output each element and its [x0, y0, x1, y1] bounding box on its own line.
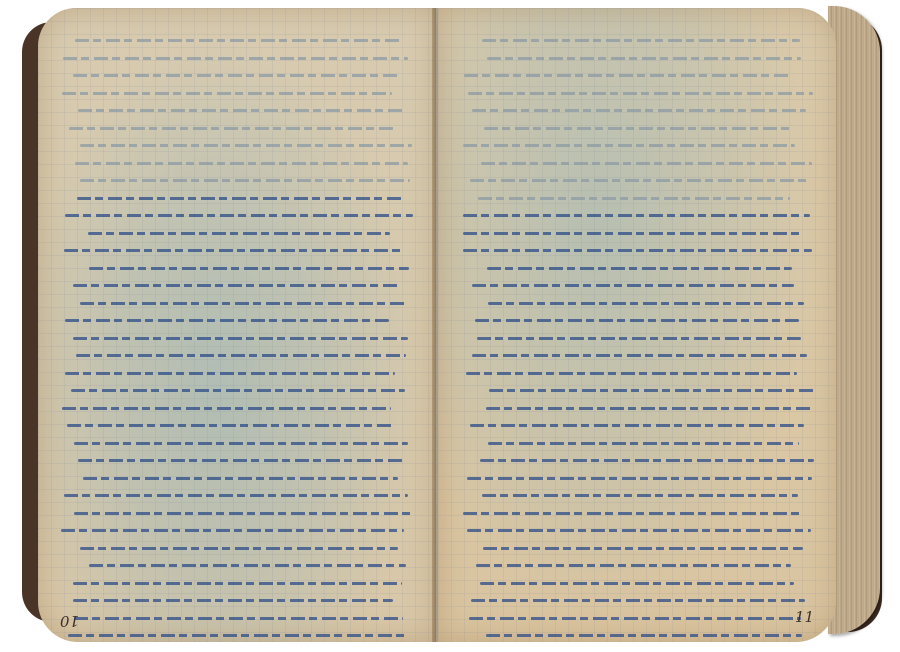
handwritten-line	[460, 260, 814, 278]
handwritten-line	[60, 400, 414, 418]
handwritten-line	[60, 85, 414, 103]
handwritten-line	[460, 505, 814, 523]
handwritten-line	[60, 522, 414, 540]
handwritten-line	[460, 540, 814, 558]
handwritten-line	[460, 470, 814, 488]
handwritten-line	[460, 155, 814, 173]
handwritten-line	[60, 225, 414, 243]
handwritten-line	[460, 330, 814, 348]
handwritten-line	[60, 330, 414, 348]
handwritten-line	[60, 382, 414, 400]
handwritten-line	[60, 295, 414, 313]
handwritten-line	[60, 312, 414, 330]
handwritten-line	[460, 575, 814, 593]
handwritten-line	[460, 452, 814, 470]
handwritten-text-block	[460, 32, 814, 642]
handwritten-line	[460, 120, 814, 138]
handwritten-line	[460, 295, 814, 313]
handwritten-line	[460, 67, 814, 85]
page-number-left: 10	[60, 612, 79, 630]
handwritten-line	[60, 575, 414, 593]
right-page: 11	[438, 8, 836, 642]
handwritten-line	[460, 487, 814, 505]
handwritten-line	[60, 610, 414, 628]
handwritten-line	[60, 627, 414, 642]
handwritten-line	[60, 190, 414, 208]
handwritten-line	[460, 522, 814, 540]
handwritten-line	[60, 365, 414, 383]
handwritten-line	[460, 365, 814, 383]
handwritten-line	[460, 172, 814, 190]
handwritten-line	[460, 50, 814, 68]
handwritten-line	[460, 627, 814, 642]
handwritten-line	[460, 557, 814, 575]
handwritten-line	[460, 400, 814, 418]
handwritten-line	[460, 347, 814, 365]
handwritten-line	[460, 277, 814, 295]
handwritten-line	[60, 277, 414, 295]
handwritten-line	[60, 557, 414, 575]
handwritten-line	[60, 137, 414, 155]
handwritten-line	[460, 435, 814, 453]
handwritten-line	[60, 347, 414, 365]
handwritten-line	[60, 505, 414, 523]
handwritten-line	[60, 102, 414, 120]
handwritten-line	[60, 155, 414, 173]
handwritten-line	[60, 470, 414, 488]
handwritten-line	[60, 417, 414, 435]
page-number-right: 11	[795, 608, 814, 626]
handwritten-line	[460, 32, 814, 50]
handwritten-line	[60, 260, 414, 278]
handwritten-line	[60, 32, 414, 50]
handwritten-line	[60, 435, 414, 453]
handwritten-line	[460, 85, 814, 103]
handwritten-line	[60, 50, 414, 68]
handwritten-line	[460, 137, 814, 155]
handwritten-line	[460, 312, 814, 330]
handwritten-line	[460, 207, 814, 225]
handwritten-text-block	[60, 32, 414, 642]
handwritten-line	[60, 592, 414, 610]
handwritten-line	[60, 540, 414, 558]
handwritten-line	[60, 452, 414, 470]
handwritten-line	[460, 225, 814, 243]
handwritten-line	[460, 382, 814, 400]
handwritten-line	[460, 242, 814, 260]
handwritten-line	[60, 172, 414, 190]
handwritten-line	[60, 67, 414, 85]
handwritten-line	[60, 487, 414, 505]
handwritten-line	[460, 417, 814, 435]
handwritten-line	[460, 190, 814, 208]
handwritten-line	[460, 592, 814, 610]
handwritten-line	[60, 120, 414, 138]
handwritten-line	[60, 207, 414, 225]
handwritten-line	[460, 102, 814, 120]
handwritten-line	[460, 610, 814, 628]
left-page: 10	[38, 8, 436, 642]
handwritten-line	[60, 242, 414, 260]
